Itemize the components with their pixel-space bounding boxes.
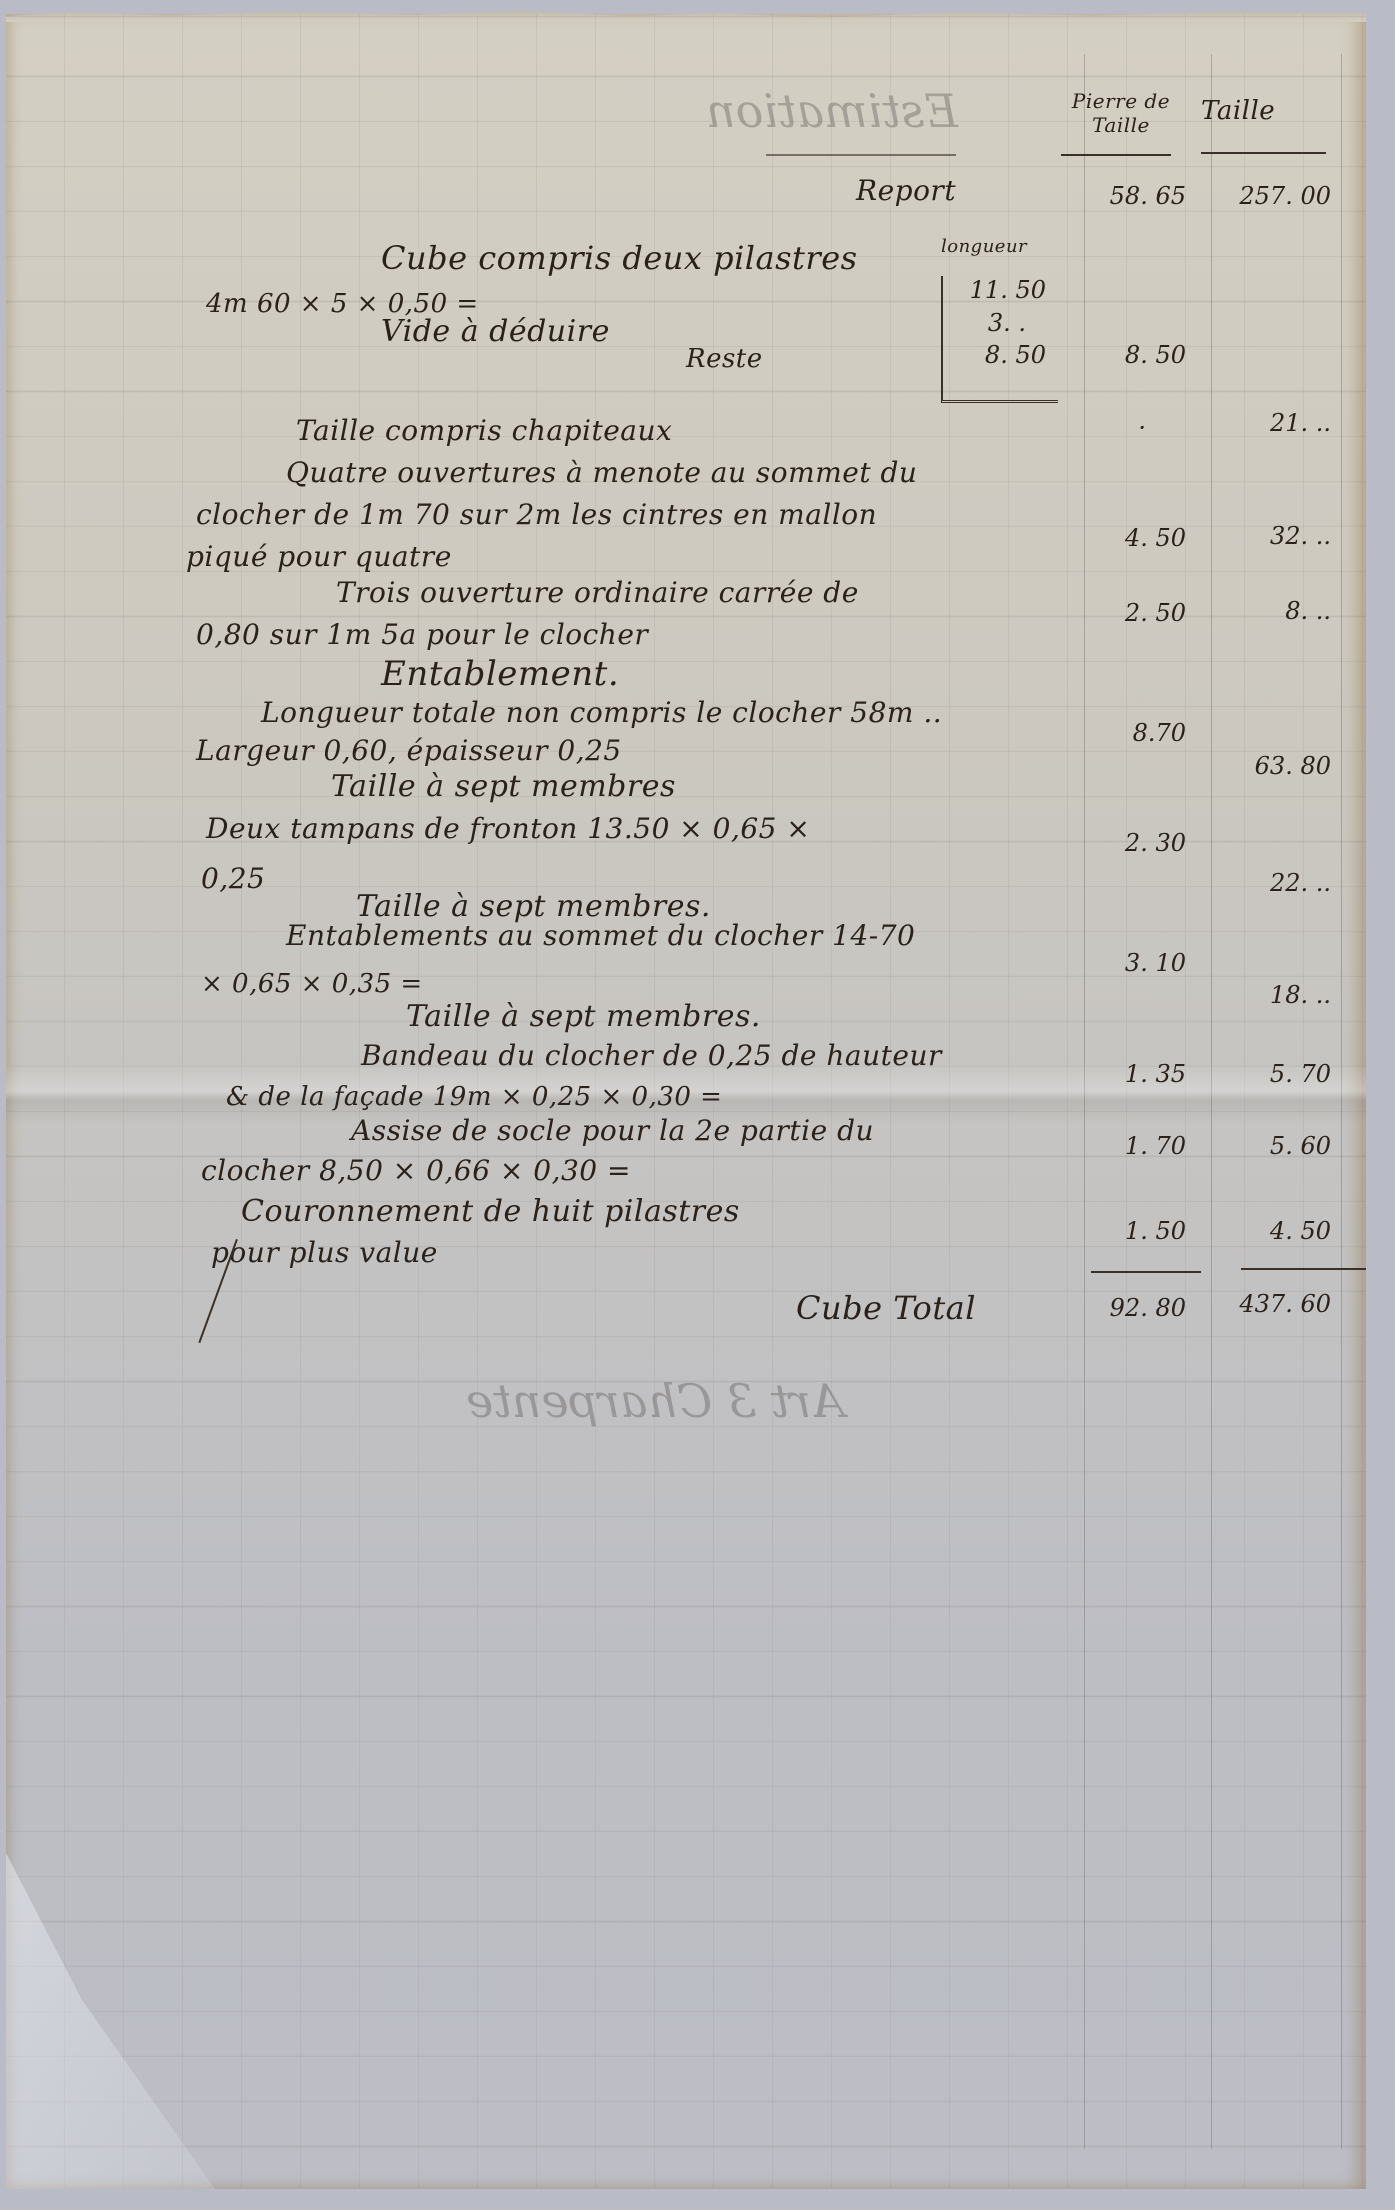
row-7-pierre: 1. 70 — [1066, 1132, 1186, 1160]
row-6-line-1: & de la façade 19m × 0,25 × 0,30 = — [226, 1082, 722, 1112]
cube-sub-value-2: 3. . — [956, 309, 1026, 337]
row-4-line-0: Deux tampans de fronton 13.50 × 0,65 × — [206, 812, 810, 845]
row-1-taille: 32. .. — [1206, 522, 1331, 550]
total-rule-taille — [1241, 1268, 1366, 1270]
row-8-line-1: pour plus value — [211, 1236, 438, 1269]
row-6-taille: 5. 70 — [1206, 1060, 1331, 1088]
row-4-line-1: 0,25 — [201, 862, 265, 895]
total-rule-pierre — [1091, 1271, 1201, 1273]
cube-line-1: Cube compris deux pilastres — [381, 239, 858, 277]
row-6-pierre: 1. 35 — [1066, 1060, 1186, 1088]
report-label: Report — [856, 174, 956, 207]
header-underline-1 — [1061, 154, 1171, 156]
column-header-taille: Taille — [1201, 96, 1275, 126]
row-7-line-1: clocher 8,50 × 0,66 × 0,30 = — [201, 1154, 631, 1187]
row-1-line-1: clocher de 1m 70 sur 2m les cintres en m… — [196, 498, 877, 531]
row-2-pierre: 2. 50 — [1066, 599, 1186, 627]
cube-line-4: Reste — [686, 344, 763, 374]
cube-sub-value-3: 8. 50 — [956, 341, 1046, 369]
row-3-line-1: Longueur totale non compris le clocher 5… — [261, 696, 942, 729]
row-3-taille: 63. 80 — [1206, 752, 1331, 780]
row-5-line-2: Taille à sept membres. — [406, 999, 761, 1034]
row-2-line-1: 0,80 sur 1m 5a pour le clocher — [196, 618, 648, 651]
row-2-line-0: Trois ouverture ordinaire carrée de — [336, 576, 859, 609]
row-7-taille: 5. 60 — [1206, 1132, 1331, 1160]
total-label: Cube Total — [796, 1289, 976, 1327]
row-3-line-3: Taille à sept membres — [331, 769, 676, 804]
ghost-heading: Estimation — [706, 84, 958, 138]
row-0-line-0: Taille compris chapiteaux — [296, 414, 672, 447]
row-4-pierre: 2. 30 — [1066, 829, 1186, 857]
total-pierre-value: 92. 80 — [1066, 1294, 1186, 1322]
longueur-label: longueur — [941, 236, 1027, 257]
row-3-line-2: Largeur 0,60, épaisseur 0,25 — [196, 734, 622, 767]
row-2-taille: 8. .. — [1206, 597, 1331, 625]
row-5-line-1: × 0,65 × 0,35 = — [201, 969, 423, 999]
row-7-line-0: Assise de socle pour la 2e partie du — [351, 1114, 874, 1147]
row-5-taille: 18. .. — [1206, 981, 1331, 1009]
header-underline-2 — [1201, 152, 1326, 154]
row-0-taille: 21. .. — [1206, 409, 1331, 437]
report-taille-value: 257. 00 — [1206, 182, 1331, 210]
row-8-pierre: 1. 50 — [1066, 1217, 1186, 1245]
row-5-line-0: Entablements au sommet du clocher 14-70 — [286, 919, 915, 952]
row-5-pierre: 3. 10 — [1066, 949, 1186, 977]
report-pierre-value: 58. 65 — [1066, 182, 1186, 210]
column-header-pierre-de-taille: Pierre de Taille — [1056, 89, 1186, 137]
row-3-pierre: 8.70 — [1066, 719, 1186, 747]
row-8-line-0: Couronnement de huit pilastres — [241, 1194, 740, 1229]
row-1-pierre: 4. 50 — [1066, 524, 1186, 552]
row-1-line-0: Quatre ouvertures à menote au sommet du — [286, 456, 917, 489]
row-4-taille: 22. .. — [1206, 869, 1331, 897]
row-8-taille: 4. 50 — [1206, 1217, 1331, 1245]
manuscript-page: Estimation Art 3 Charpente Pierre de Tai… — [6, 14, 1366, 2189]
row-3-line-0: Entablement. — [381, 654, 619, 694]
ghost-bottom-text: Art 3 Charpente — [466, 1374, 844, 1428]
cube-line-3: Vide à déduire — [381, 314, 610, 349]
report-rule — [766, 154, 956, 156]
row-6-line-0: Bandeau du clocher de 0,25 de hauteur — [361, 1039, 942, 1072]
total-taille-value: 437. 60 — [1206, 1290, 1331, 1318]
cube-sub-value-1: 11. 50 — [956, 276, 1046, 304]
row-1-line-2: piqué pour quatre — [186, 540, 452, 573]
cube-pierre-value: 8. 50 — [1066, 341, 1186, 369]
row-0-pierre: · — [1066, 414, 1146, 442]
